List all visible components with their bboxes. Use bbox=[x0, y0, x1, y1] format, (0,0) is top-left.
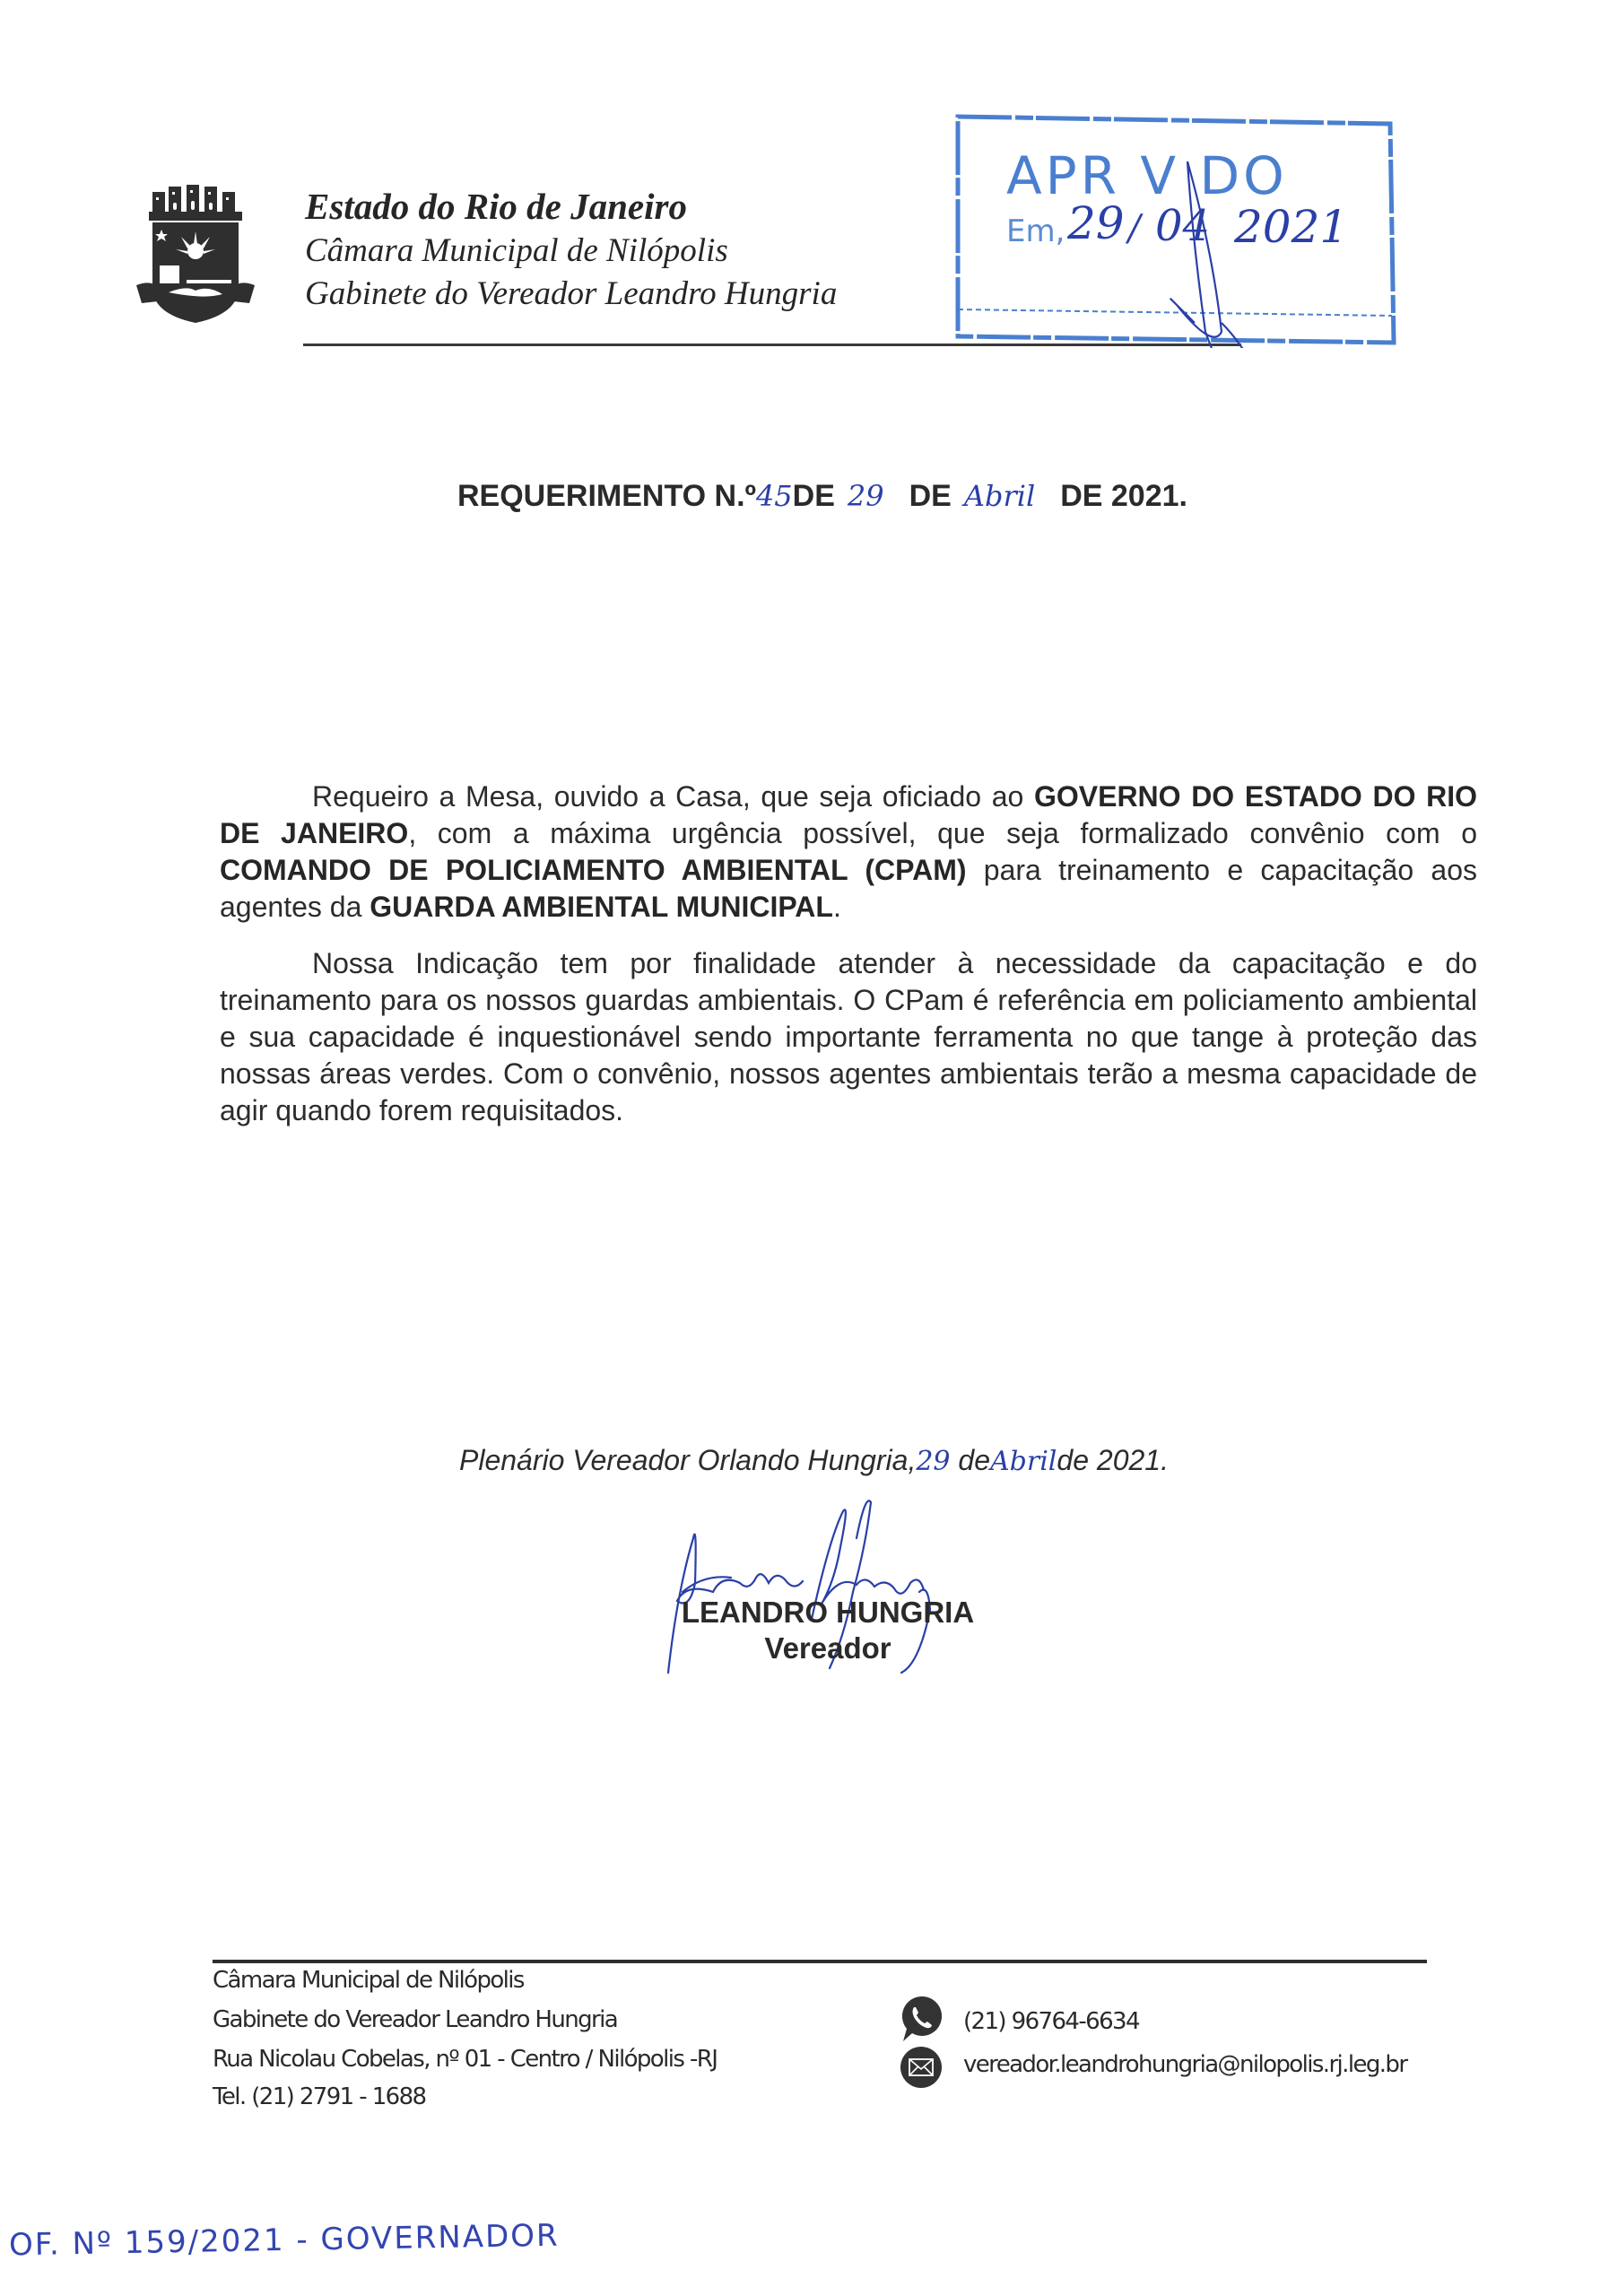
document-title: REQUERIMENTO N.º45DE29DEAbrilDE 2021. bbox=[457, 479, 1187, 514]
title-de-2: DE bbox=[909, 479, 952, 513]
footer-divider bbox=[213, 1960, 1427, 1963]
document-body: Requeiro a Mesa, ouvido a Casa, que seja… bbox=[220, 778, 1477, 1129]
contact-phone: (21) 96764-6634 bbox=[963, 2008, 1139, 2035]
whatsapp-icon bbox=[900, 1995, 943, 2043]
stamp-date-prefix: Em, bbox=[1006, 213, 1065, 249]
closing-year: de 2021. bbox=[1057, 1444, 1169, 1476]
paragraph-request: Requeiro a Mesa, ouvido a Casa, que seja… bbox=[220, 778, 1477, 926]
handwritten-office-note: OF. Nº 159/2021 - GOVERNADOR bbox=[9, 2218, 560, 2264]
closing-place: Plenário Vereador Orlando Hungria, bbox=[459, 1444, 916, 1476]
stamp-approved-label: APR V DO bbox=[1006, 145, 1288, 206]
letterhead-state: Estado do Rio de Janeiro bbox=[305, 185, 687, 228]
contact-email: vereador.leandrohungria@nilopolis.rj.leg… bbox=[963, 2051, 1406, 2078]
closing-place-date: Plenário Vereador Orlando Hungria,29 deA… bbox=[459, 1444, 1169, 1477]
title-day-handwritten: 29 bbox=[848, 479, 884, 513]
stamp-date-separator: / bbox=[1128, 208, 1140, 249]
footer-telephone: Tel. (21) 2791 - 1688 bbox=[213, 2083, 426, 2110]
title-prefix: REQUERIMENTO N.º bbox=[457, 479, 756, 513]
paragraph-justification: Nossa Indicação tem por finalidade atend… bbox=[220, 945, 1477, 1129]
letterhead-office: Gabinete do Vereador Leandro Hungria bbox=[305, 274, 837, 313]
p1-bold-cpam: COMANDO DE POLICIAMENTO AMBIENTAL (CPAM) bbox=[220, 854, 967, 886]
municipal-crest-logo: NILÓPOLIS bbox=[133, 179, 258, 341]
closing-day-handwritten: 29 bbox=[916, 1446, 950, 1477]
closing-month-handwritten: Abril bbox=[990, 1446, 1057, 1477]
signer-name: LEANDRO HUNGRIA bbox=[668, 1596, 987, 1630]
closing-de: de bbox=[958, 1444, 990, 1476]
p1-text-4: . bbox=[833, 891, 841, 923]
stamp-month-handwritten: 04 bbox=[1155, 201, 1210, 251]
signer-role: Vereador bbox=[668, 1631, 987, 1665]
title-number-handwritten: 45 bbox=[756, 479, 793, 513]
letterhead-chamber: Câmara Municipal de Nilópolis bbox=[305, 231, 728, 270]
title-month-handwritten: Abril bbox=[964, 479, 1035, 513]
svg-text:NILÓPOLIS: NILÓPOLIS bbox=[158, 321, 233, 337]
envelope-icon bbox=[900, 2046, 943, 2089]
p1-bold-guard: GUARDA AMBIENTAL MUNICIPAL bbox=[370, 891, 833, 923]
footer-chamber: Câmara Municipal de Nilópolis bbox=[213, 1967, 524, 1994]
stamp-day-handwritten: 29 bbox=[1067, 197, 1125, 249]
p1-text-2: , com a máxima urgência possível, que se… bbox=[408, 817, 1477, 849]
footer-office: Gabinete do Vereador Leandro Hungria bbox=[213, 2006, 617, 2033]
stamp-year-handwritten: 2021 bbox=[1234, 201, 1348, 253]
title-de-1: DE bbox=[793, 479, 835, 513]
footer-address: Rua Nicolau Cobelas, nº 01 - Centro / Ni… bbox=[213, 2046, 717, 2073]
approval-stamp: APR V DO Em, 29 / 04 2021 bbox=[952, 108, 1399, 348]
p1-text-1: Requeiro a Mesa, ouvido a Casa, que seja… bbox=[312, 780, 1034, 813]
title-suffix: DE 2021. bbox=[1060, 479, 1187, 513]
